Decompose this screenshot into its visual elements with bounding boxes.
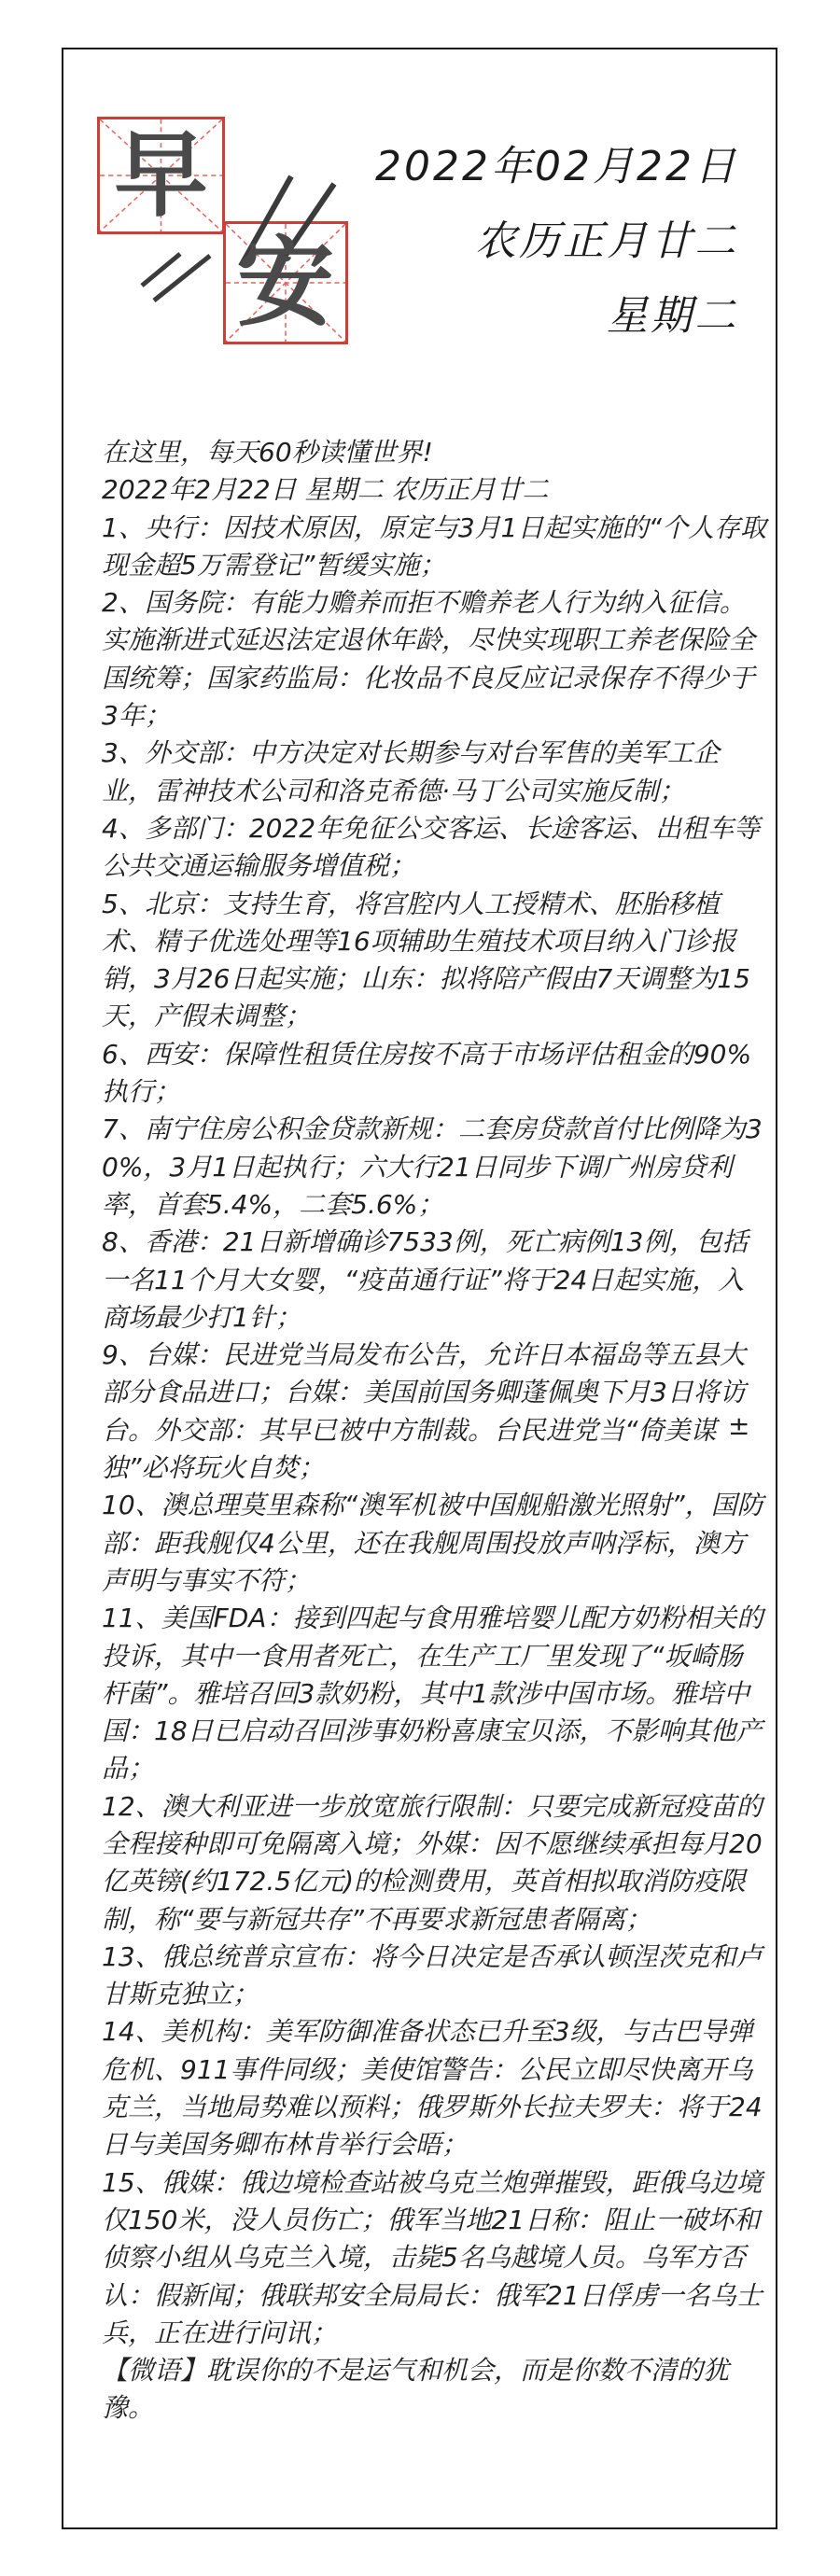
news-item-13: 13、俄总统普京宣布：将今日决定是否承认顿涅茨克和卢甘斯克独立； (102, 1939, 768, 2014)
weiyu-note: 【微语】耽误你的不是运气和机会，而是你数不清的犹豫。 (102, 2352, 768, 2428)
intro-date-line: 2022年2月22日 星期二 农历正月廿二 (102, 471, 768, 509)
news-item-9: 9、台媒：民进党当局发布公告，允许日本福岛等五县大部分食品进口；台媒：美国前国务… (102, 1337, 768, 1487)
news-item-7: 7、南宁住房公积金贷款新规：二套房贷款首付比例降为30%，3月1日起执行；六大行… (102, 1111, 768, 1224)
news-item-5: 5、北京：支持生育，将宫腔内人工授精术、胚胎移植术、精子优选处理等16项辅助生殖… (102, 886, 768, 1036)
news-item-12: 12、澳大利亚进一步放宽旅行限制：只要完成新冠疫苗的全程接种即可免隔离入境；外媒… (102, 1788, 768, 1939)
intro-line: 在这里，每天60秒读懂世界! (102, 434, 768, 471)
morning-news-poster: { "colors": { "box_red": "#cb4038", "gri… (0, 0, 840, 2576)
logo-char-an: 安 (237, 234, 334, 331)
logo-char-zao: 早 (115, 129, 208, 222)
news-item-3: 3、外交部：中方决定对长期参与对台军售的美军工企业，雷神技术公司和洛克希德·马丁… (102, 735, 768, 810)
plus-minus-mark: ± (728, 1410, 749, 1441)
news-item-15: 15、俄媒：俄边境检查站被乌克兰炮弹摧毁，距俄乌边境仅150米，没人员伤亡；俄军… (102, 2164, 768, 2352)
news-item-14: 14、美机构：美军防御准备状态已升至3级，与古巴导弹危机、911事件同级；美使馆… (102, 2013, 768, 2163)
news-item-8: 8、香港：21日新增确诊7533例，死亡病例13例，包括一名11个月大女婴，“疫… (102, 1224, 768, 1337)
date-gregorian: 2022年02月22日 (375, 130, 738, 204)
double-slash-icon (140, 251, 215, 303)
date-lunar: 农历正月廿二 (375, 204, 738, 279)
date-block: 2022年02月22日 农历正月廿二 星期二 (375, 130, 738, 354)
date-weekday: 星期二 (375, 279, 738, 354)
news-item-10: 10、澳总理莫里森称“澳军机被中国舰船激光照射”，国防部：距我舰仅4公里，还在我… (102, 1487, 768, 1600)
news-item-11: 11、美国FDA：接到四起与食用雅培婴儿配方奶粉相关的投诉，其中一食用者死亡，在… (102, 1600, 768, 1787)
news-item-2: 2、国务院：有能力赡养而拒不赡养老人行为纳入征信。实施渐进式延迟法定退休年龄，尽… (102, 584, 768, 735)
logo-box-an: 安 (223, 221, 348, 344)
news-item-6: 6、西安：保障性租赁住房按不高于市场评估租金的90%执行； (102, 1036, 768, 1112)
news-body: 在这里，每天60秒读懂世界! 2022年2月22日 星期二 农历正月廿二 1、央… (102, 434, 768, 2428)
news-item-4: 4、多部门：2022年免征公交客运、长途客运、出租车等公共交通运输服务增值税； (102, 810, 768, 886)
news-item-1: 1、央行：因技术原因，原定与3月1日起实施的“个人存取现金超5万需登记”暂缓实施… (102, 510, 768, 585)
page-frame: 早 安 2022年02月22日 农历正月廿二 星期二 在这里，每天60秒读懂世界… (62, 48, 777, 2529)
logo-box-zao: 早 (97, 117, 225, 234)
